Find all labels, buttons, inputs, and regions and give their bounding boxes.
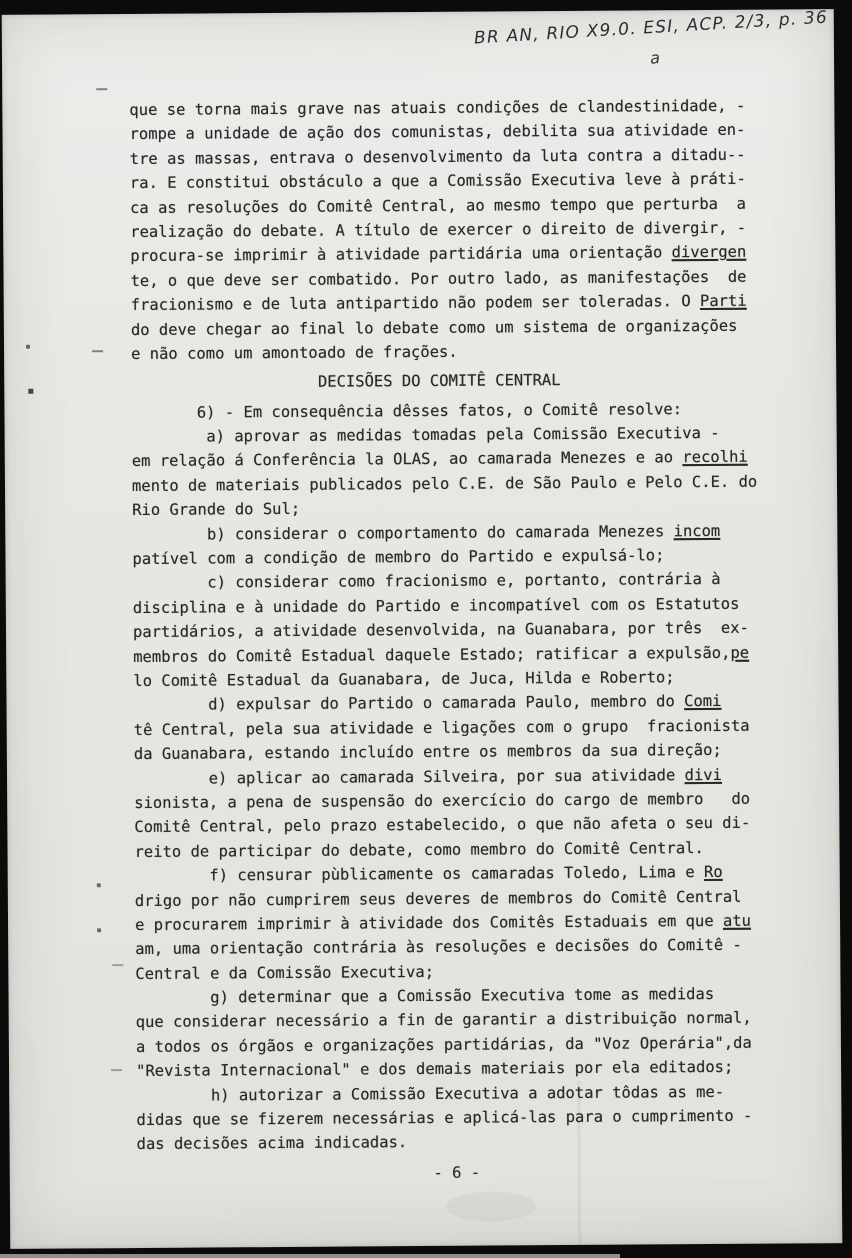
text-line: das decisões acima indicadas.	[137, 1128, 777, 1157]
section-heading: DECISÕES DO COMITÊ CENTRAL	[131, 367, 771, 396]
text-line: am, uma orientação contrária às resoluçõ…	[135, 933, 775, 962]
margin-dot-mark	[97, 928, 101, 932]
margin-square-mark	[28, 389, 33, 394]
text-line: e não como um amontoado de frações.	[131, 337, 771, 366]
text-line: b) considerar o comportamento do camarad…	[132, 518, 772, 547]
text-line: membros do Comitê Estadual daquele Estad…	[133, 640, 773, 669]
scanner-edge	[0, 1254, 620, 1258]
text-line: do deve chegar ao final lo debate como u…	[131, 313, 771, 342]
margin-dash-mark	[111, 1069, 122, 1071]
text-line: fracionismo e de luta antipartido não po…	[131, 289, 771, 318]
document-text: que se torna mais grave nas atuais condi…	[129, 94, 776, 1157]
text-line: f) censurar pùblicamente os camaradas To…	[135, 860, 775, 889]
margin-dash-mark	[96, 88, 107, 90]
page-number: - 6 -	[137, 1162, 777, 1184]
paper-smudge	[446, 1191, 536, 1222]
margin-dash-mark	[112, 964, 123, 966]
handwritten-reference: BR AN, RIO X9.0. ESI, ACP. 2/3, p. 36	[474, 8, 815, 48]
margin-dot-mark	[97, 883, 101, 887]
document-page: BR AN, RIO X9.0. ESI, ACP. 2/3, p. 36 a …	[2, 9, 843, 1249]
handwritten-letter: a	[649, 48, 660, 68]
text-line: mento de materiais publicados pelo C.E. …	[132, 469, 772, 498]
text-line: didas que se fizerem necessárias e aplic…	[136, 1104, 776, 1133]
margin-dot-mark	[26, 345, 30, 349]
margin-dash-mark	[92, 350, 103, 352]
